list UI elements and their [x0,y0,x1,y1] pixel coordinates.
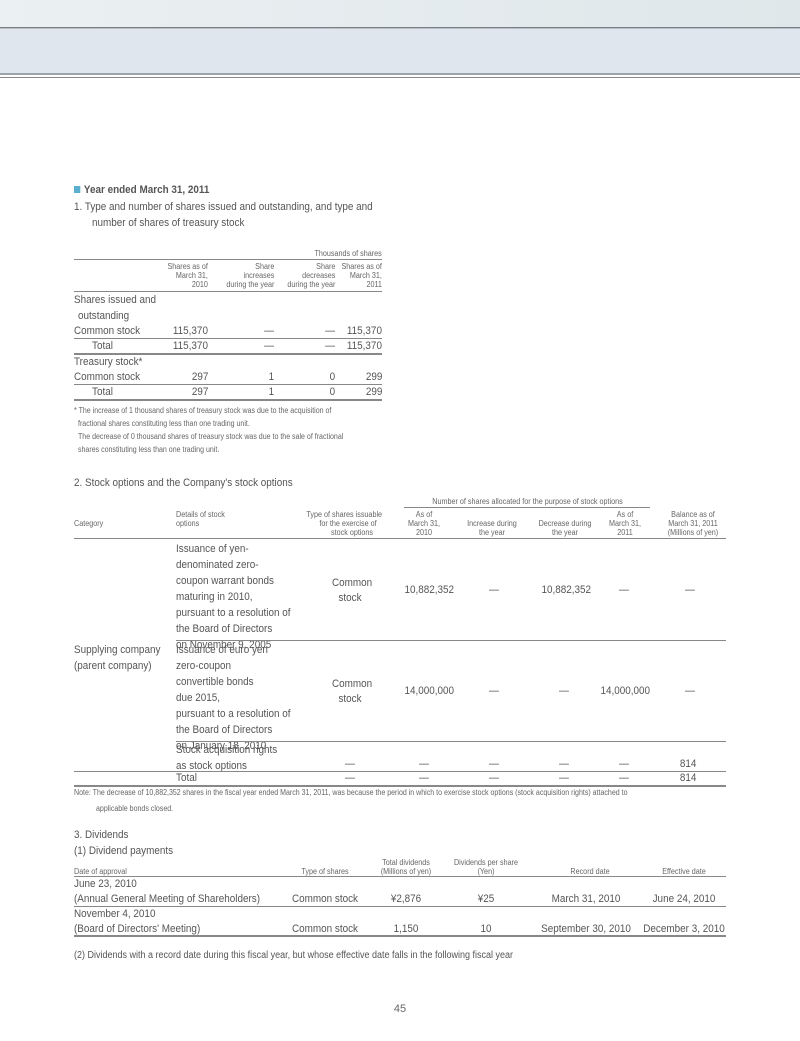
row-label-total: Total [176,772,197,784]
cell-value: — [413,772,435,784]
col-header-total-dividends: Total dividends(Millions of yen) [374,858,439,876]
footnote-line: shares constituting less than one tradin… [78,443,219,456]
section-heading-text: Year ended March 31, 2011 [84,184,209,196]
col-header-effective-date: Effective date [641,867,727,876]
col-header-record-date: Record date [545,867,635,876]
rule [74,384,382,385]
footnote-line: * The increase of 1 thousand shares of t… [74,404,331,417]
col-header-details: Details of stockoptions [176,510,225,528]
record-date: September 30, 2010 [536,923,637,935]
approval-body: (Annual General Meeting of Shareholders) [74,893,260,905]
cell-value: — [483,584,505,596]
cell-value: — [339,772,361,784]
category-label: Supplying company [74,644,160,656]
effective-date: June 24, 2010 [641,893,727,905]
page-number: 45 [0,1003,800,1015]
cell-value: 14,000,000 [600,685,650,697]
cell-value: — [679,685,701,697]
group-label-treasury: Treasury stock* [74,356,142,368]
cell-value: 14,000,000 [404,685,454,697]
rule [74,353,382,355]
cell-value: — [679,584,701,596]
row-label-total: Total [92,340,113,352]
col-header-increases: Shareincreasesduring the year [226,262,274,289]
cell-value: 115,370 [173,325,208,337]
section3-sub2: (2) Dividends with a record date during … [74,950,513,961]
rule [74,876,726,877]
cell-value: — [553,685,575,697]
rule [74,259,382,260]
group-label-shares-issued: Shares issued and [74,294,156,306]
note-line: applicable bonds closed. [96,802,173,815]
cell-value: 115,370 [347,325,382,337]
col-header-date: Date of approval [74,867,127,876]
cell-value: — [325,325,335,337]
share-type: Commonstock [332,576,368,606]
cell-value: — [483,772,505,784]
cell-value: 0 [329,386,335,398]
footnote-line: fractional shares constituting less than… [78,417,250,430]
cell-value: — [553,758,575,770]
col-header-category: Category [74,519,103,528]
cell-value: 1 [268,386,274,398]
rule [74,935,726,937]
total-dividends: 1,150 [374,923,439,935]
unit-label: Thousands of shares [315,249,382,258]
cell-value: 297 [191,386,208,398]
total-dividends: ¥2,876 [374,893,439,905]
row-label: Common stock [74,325,140,337]
cell-value: — [413,758,435,770]
cell-value: — [613,758,635,770]
section-heading: Year ended March 31, 2011 [74,184,209,196]
cell-value: 1 [268,371,274,383]
cell-value: 115,370 [173,340,208,352]
col-header-as-of-2011: As ofMarch 31,2011 [603,510,648,537]
cell-value: 115,370 [347,340,382,352]
approval-body: (Board of Directors' Meeting) [74,923,200,935]
rule [74,906,726,907]
cell-value: — [483,685,505,697]
header-rule [0,77,800,78]
col-header-shares-2010: Shares as ofMarch 31,2010 [168,262,208,289]
share-type: Common stock [276,893,375,905]
footnote-line: The decrease of 0 thousand shares of tre… [78,430,343,443]
rule [74,399,382,401]
cell-value: — [553,772,575,784]
cell-value: 10,882,352 [541,584,591,596]
col-header-decreases: Sharedecreasesduring the year [287,262,335,289]
col-header-per-share: Dividends per share(Yen) [452,858,520,876]
col-header-type: Type of shares [285,867,366,876]
header-band [0,28,800,75]
cell-value: 0 [329,371,335,383]
cell-value: 299 [365,386,382,398]
col-header-balance: Balance as ofMarch 31, 2011(Millions of … [659,510,727,537]
header-band-top [0,0,800,28]
section3-title: 3. Dividends [74,829,128,841]
stock-option-details: Issuance of euro yen zero-coupon convert… [176,642,290,754]
col-header-as-of-2010: As ofMarch 31,2010 [404,510,444,537]
col-header-decrease: Decrease duringthe year [535,519,594,537]
rule [176,640,726,641]
row-label-total: Total [92,386,113,398]
col-header-type: Type of shares issuablefor the exercise … [306,510,382,537]
share-type: Common stock [276,923,375,935]
rule [74,291,382,292]
group-label-outstanding: outstanding [78,310,129,322]
col-header-increase: Increase duringthe year [463,519,521,537]
section3-sub1: (1) Dividend payments [74,845,173,857]
col-header-shares-2011: Shares as ofMarch 31,2011 [342,262,382,289]
record-date: March 31, 2010 [536,893,637,905]
effective-date: December 3, 2010 [641,923,727,935]
cell-value: — [613,772,635,784]
approval-date: June 23, 2010 [74,878,137,890]
stock-option-details: Issuance of yen- denominated zero- coupo… [176,541,290,653]
rule [74,538,726,539]
cell-value: — [264,340,274,352]
rule [404,507,650,508]
square-bullet-icon [74,186,80,193]
rule [74,338,382,339]
cell-value: — [339,758,361,770]
share-type: Commonstock [332,677,368,707]
cell-value: — [483,758,505,770]
cell-value: — [325,340,335,352]
section1-title-line2: number of shares of treasury stock [92,217,244,229]
cell-value: — [264,325,274,337]
stock-option-details: Stock acquisition rights as stock option… [176,742,277,774]
note-line: Note: The decrease of 10,882,352 shares … [74,786,627,799]
category-label: (parent company) [74,660,152,672]
cell-value: 10,882,352 [404,584,454,596]
group-header: Number of shares allocated for the purpo… [413,497,643,506]
cell-value: 297 [191,371,208,383]
cell-value: 299 [365,371,382,383]
cell-value: 814 [679,772,696,784]
approval-date: November 4, 2010 [74,908,155,920]
section2-title: 2. Stock options and the Company's stock… [74,477,293,489]
cell-value: 814 [679,758,696,770]
per-share: 10 [452,923,520,935]
cell-value: — [613,584,635,596]
section1-title-line1: 1. Type and number of shares issued and … [74,201,373,213]
per-share: ¥25 [452,893,520,905]
row-label: Common stock [74,371,140,383]
